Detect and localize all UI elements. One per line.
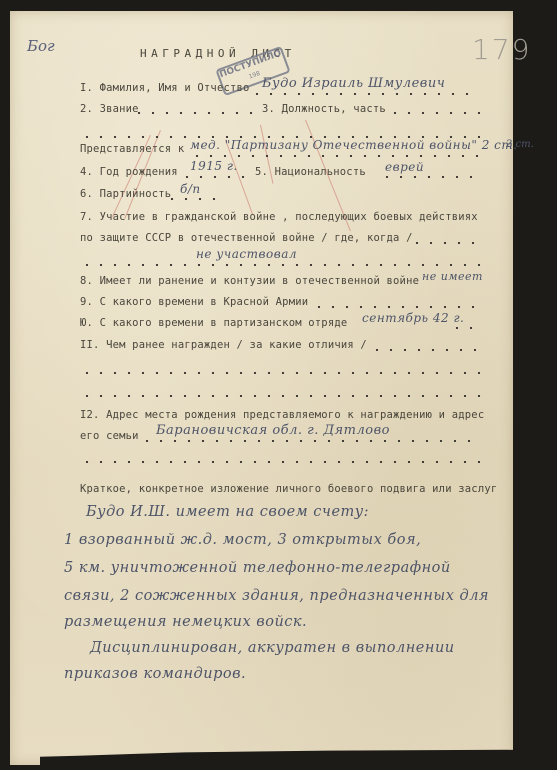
- dotted-line: [450, 327, 482, 329]
- dotted-line: [140, 440, 482, 442]
- presented-label: Представляется к: [80, 143, 184, 155]
- field-4-value: 1915 г.: [190, 159, 238, 173]
- field-1-label: I. Фамилия, Имя и Отчество: [80, 82, 250, 94]
- field-2-label: 2. Звание: [80, 103, 139, 115]
- field-4-label: 4. Год рождения: [80, 166, 178, 178]
- dotted-line: [165, 198, 225, 200]
- field-6-label: 6. Партийность: [80, 188, 171, 200]
- field-8-label: 8. Имеет ли ранение и контузии в отечест…: [80, 275, 419, 287]
- field-9-label: 9. С какого времени в Красной Армии: [80, 296, 308, 308]
- field-10-value: сентябрь 42 г.: [362, 311, 464, 325]
- field-3-label: 3. Должность, часть: [262, 103, 386, 115]
- dotted-line: [132, 112, 257, 114]
- dotted-line: [388, 112, 480, 114]
- field-1-value: Будо Израиль Шмулевич: [262, 76, 445, 91]
- dotted-line: [80, 395, 482, 397]
- summary-label: Краткое, конкретное изложение личного бо…: [80, 483, 497, 495]
- dotted-line: [410, 242, 482, 244]
- field-7-value: не участвовал: [196, 247, 297, 261]
- page-number: 179: [472, 33, 531, 66]
- summary-line: Дисциплинирован, аккуратен в выполнении: [90, 640, 455, 656]
- dotted-line: [180, 176, 250, 178]
- dotted-line: [80, 461, 482, 463]
- summary-line: приказов командиров.: [64, 666, 246, 682]
- field-7-label-line2: по защите СССР в отечественной войне / г…: [80, 232, 413, 244]
- field-12-label-line1: I2. Адрес места рождения представляемого…: [80, 409, 484, 421]
- field-5-label: 5. Национальность: [255, 166, 366, 178]
- summary-line: 5 км. уничтоженной телефонно-телеграфной: [64, 560, 451, 576]
- field-12-label-line2: его семьи: [80, 430, 139, 442]
- field-6-value: б/п: [180, 182, 201, 196]
- presented-value: мед. "Партизану Отечественной войны" 2 с…: [190, 138, 518, 152]
- field-11-label: II. Чем ранее награжден / за какие отлич…: [80, 339, 367, 351]
- field-5-value: еврей: [385, 160, 424, 174]
- summary-line: связи, 2 сожженных здания, предназначенн…: [64, 588, 489, 604]
- field-8-value: не имеет: [422, 270, 483, 283]
- margin-note: 2 ст.: [506, 139, 534, 150]
- dotted-line: [312, 306, 482, 308]
- corner-handwritten-mark: Бог: [27, 37, 55, 55]
- dotted-line: [380, 176, 480, 178]
- summary-line: размещения немецких войск.: [64, 614, 307, 630]
- field-7-label-line1: 7. Участие в гражданской войне , последу…: [80, 211, 478, 223]
- dotted-line: [190, 155, 480, 157]
- dotted-line: [80, 264, 482, 266]
- dotted-line: [80, 372, 482, 374]
- field-10-label: Ю. С какого времени в партизанском отряд…: [80, 317, 347, 329]
- dotted-line: [370, 349, 482, 351]
- summary-line: Будо И.Ш. имеет на своем счету:: [86, 504, 369, 520]
- field-12-value: Барановичская обл. г. Дятлово: [156, 423, 390, 438]
- dotted-line: [250, 93, 480, 95]
- summary-line: 1 взорванный ж.д. мост, 3 открытых боя,: [64, 532, 421, 548]
